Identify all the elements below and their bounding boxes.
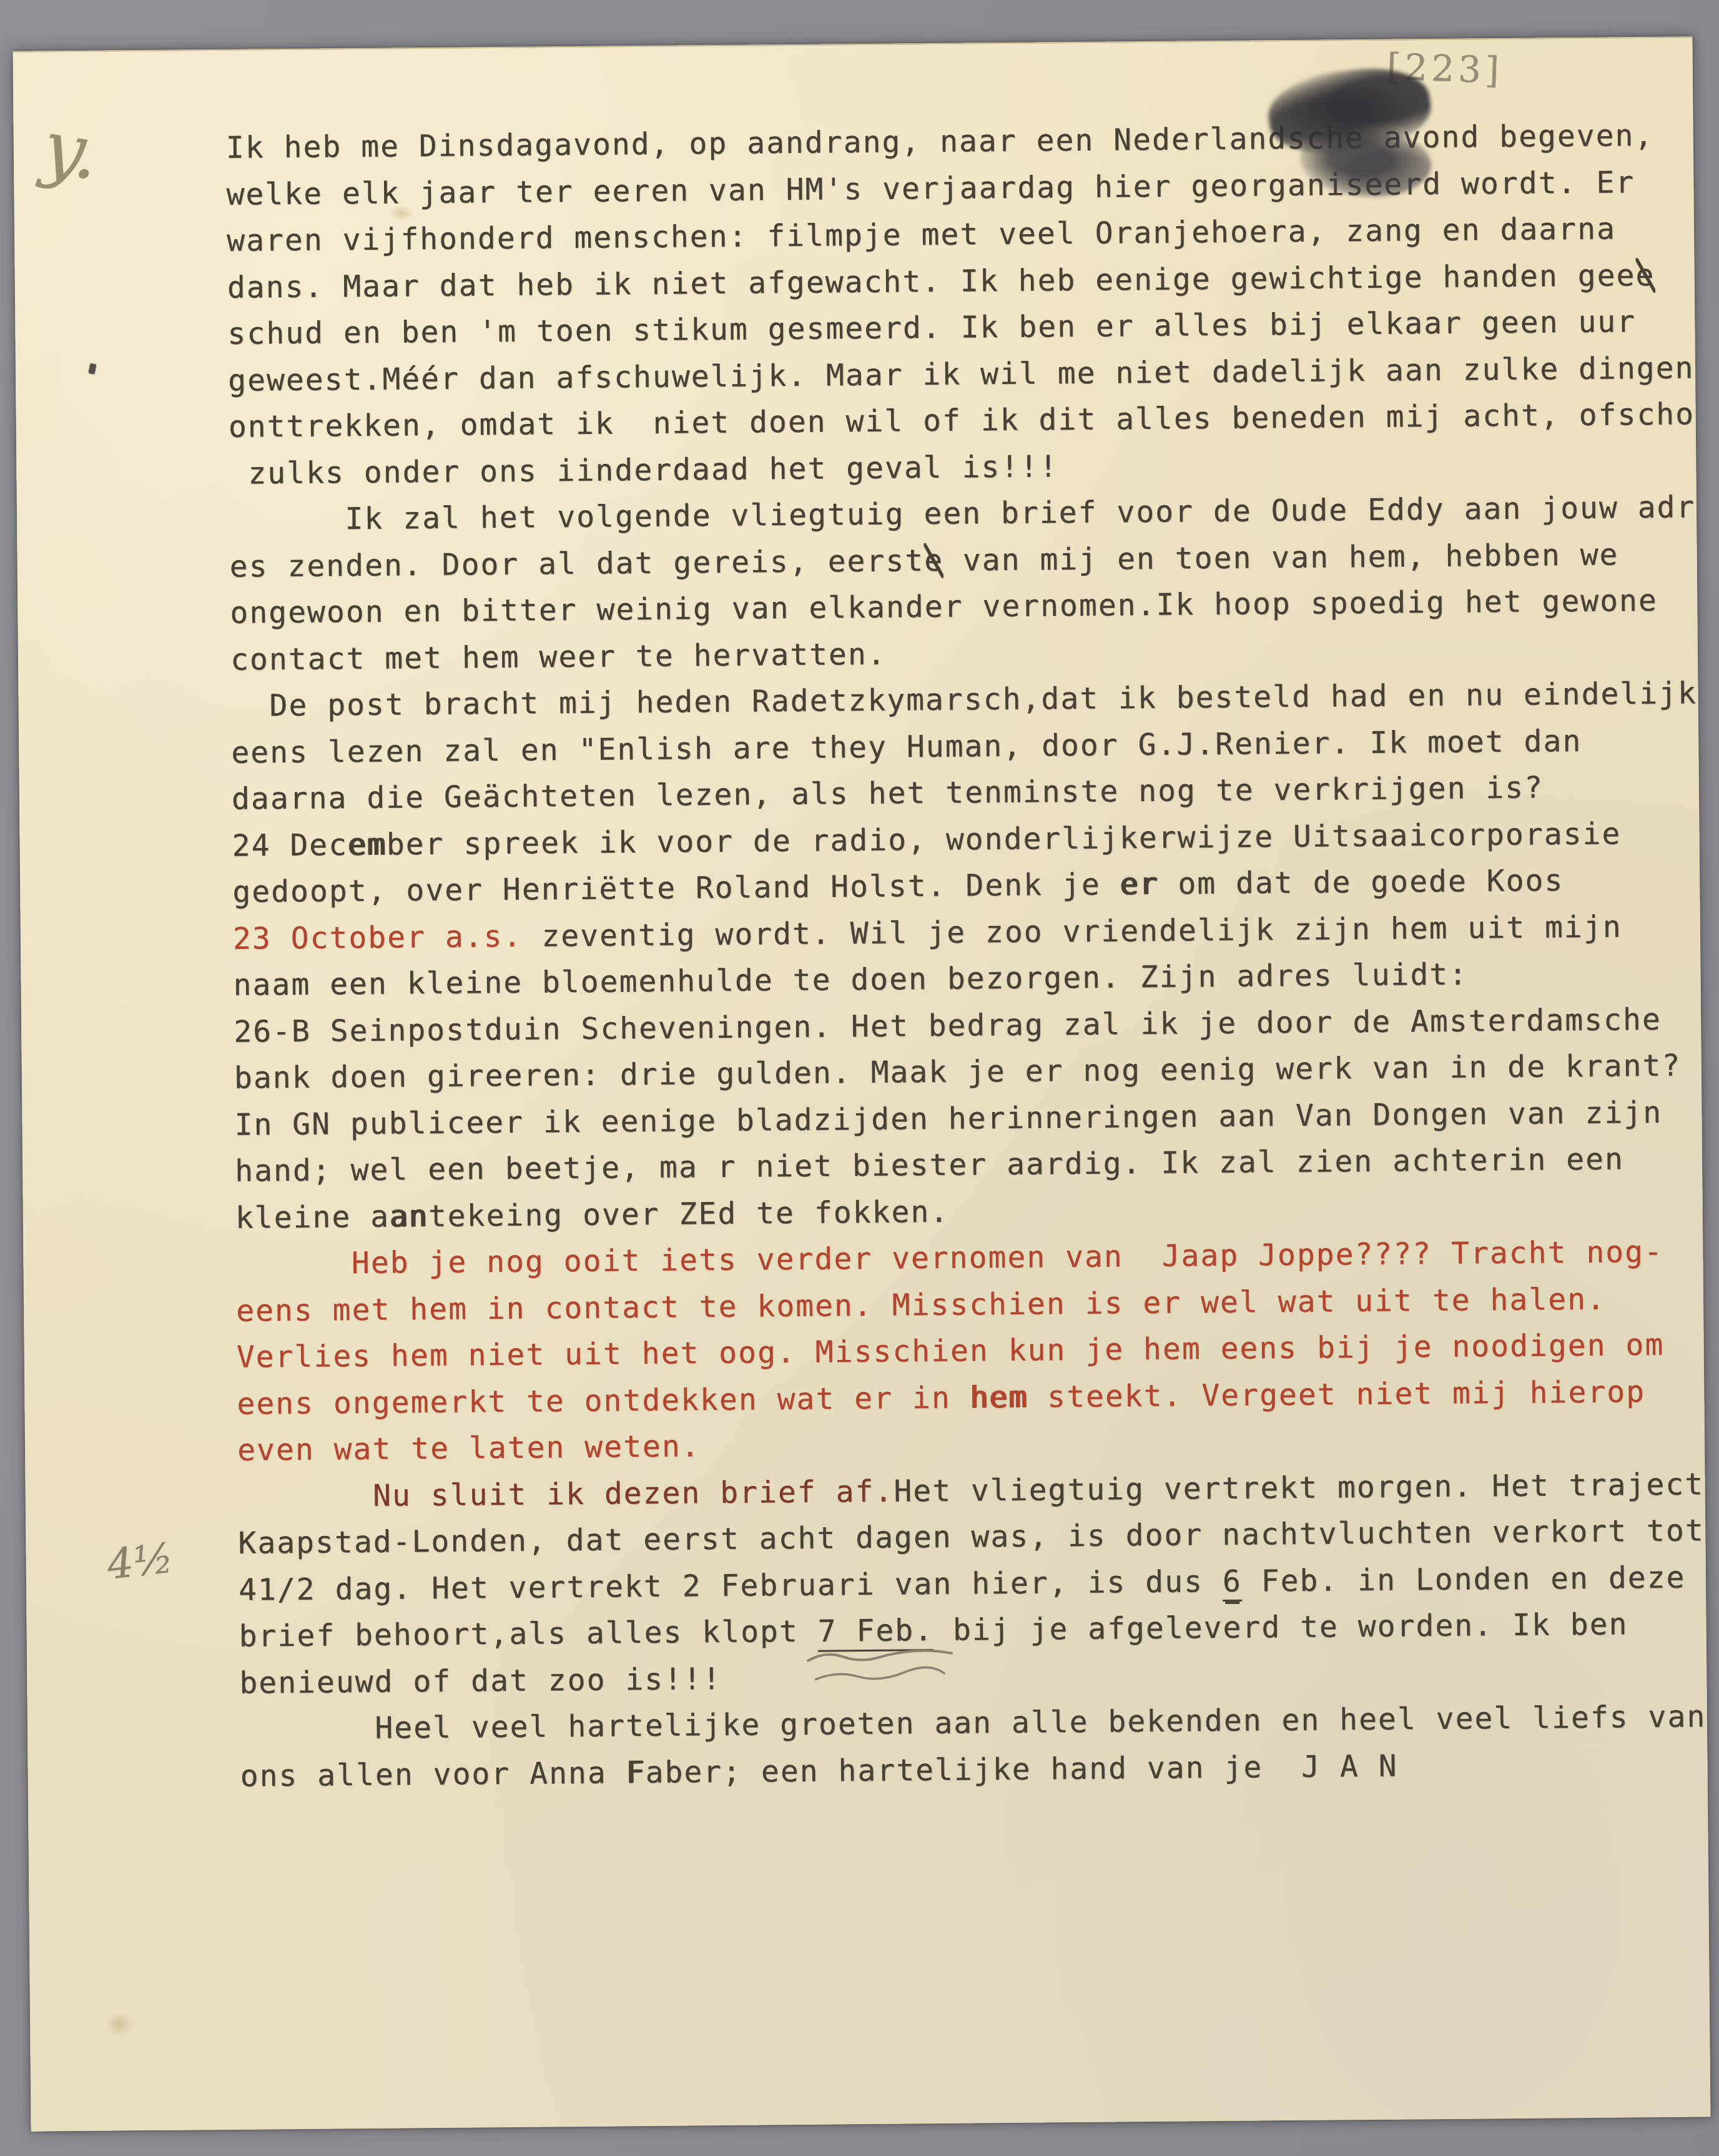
letter-line: 23 October a.s. zeventig wordt. Wil je z… xyxy=(233,912,1622,953)
letter-line: zulks onder ons iinderdaad het geval is!… xyxy=(229,451,1058,489)
letter-line: even wat te laten weten. xyxy=(237,1431,701,1465)
scanned-letter-page: [223] y. 4½ Ik heb me Dinsdagavond, op a… xyxy=(0,0,1719,2156)
ink-speck xyxy=(88,363,96,375)
letter-line: brief behoort,als alles klopt 7 Feb. bij… xyxy=(239,1609,1628,1651)
letter-line: gedoopt, over Henriëtte Roland Holst. De… xyxy=(232,865,1564,907)
letter-line: waren vijfhonderd menschen: filmpje met … xyxy=(227,214,1616,255)
letter-line: es zenden. Door al dat gereis, eerste va… xyxy=(230,539,1619,581)
letter-line: In GN publiceer ik eenige bladzijden her… xyxy=(234,1097,1662,1140)
letter-line: ongewoon en bitter weinig van elkander v… xyxy=(230,586,1658,628)
pencil-squiggle xyxy=(804,1646,961,1697)
letter-line: kleine aantekeing over ZEd te fokken. xyxy=(235,1196,950,1233)
letter-line: contact met hem weer te hervatten. xyxy=(230,639,887,674)
letter-line: 24 December spreek ik voor de radio, won… xyxy=(232,819,1621,860)
letter-line: eens met hem in contact te komen. Missch… xyxy=(236,1284,1606,1326)
letter-line: hand; wel een beetje, ma r niet biester … xyxy=(235,1144,1624,1186)
letter-line: eens ongemerkt te ontdekken wat er in he… xyxy=(237,1377,1645,1419)
letter-line: Heb je nog ooit iets verder vernomen van… xyxy=(235,1237,1663,1279)
letter-line: 26-B Seinpostduin Scheveningen. Het bedr… xyxy=(234,1004,1662,1046)
letter-line: daarna die Geächteten lezen, als het ten… xyxy=(232,772,1544,814)
letter-line: Heel veel hartelijke groeten aan alle be… xyxy=(240,1701,1707,1744)
letter-line: Nu sluit ik dezen brief af.Het vliegtuig… xyxy=(238,1469,1705,1512)
letter-line: Ik heb me Dinsdagavond, op aandrang, naa… xyxy=(226,121,1654,163)
letter-line: Verlies hem niet uit het oog. Misschien … xyxy=(237,1330,1665,1372)
letter-line: 41/2 dag. Het vertrekt 2 Februari van hi… xyxy=(239,1562,1686,1605)
letter-line: eens lezen zal en "Enlish are they Human… xyxy=(231,726,1582,767)
letter-line: De post bracht mij heden Radetzkymarsch,… xyxy=(230,678,1697,721)
letter-line: Kaapstad-Londen, dat eerst acht dagen wa… xyxy=(238,1515,1705,1558)
letter-line: dans. Maar dat heb ik niet afgewacht. Ik… xyxy=(227,260,1655,302)
letter-line: naam een kleine bloemenhulde te doen bez… xyxy=(233,960,1468,1000)
margin-note-four-and-a-half: 4½ xyxy=(105,1533,176,1589)
letter-paper: [223] y. 4½ Ik heb me Dinsdagavond, op a… xyxy=(13,36,1711,2131)
letter-line: onttrekken, omdat ik niet doen wil of ik… xyxy=(229,399,1711,442)
paper-stain xyxy=(105,2012,134,2037)
letter-line: geweest.Méér dan afschuwelijk. Maar ik w… xyxy=(228,353,1695,395)
letter-line: Ik zal het volgende vliegtuig een brief … xyxy=(229,492,1696,534)
letter-line: ons allen voor Anna Faber; een hartelijk… xyxy=(240,1751,1397,1791)
letter-line: benieuwd of dat zoo is!!! xyxy=(239,1663,722,1698)
letter-line: bank doen gireeren: drie gulden. Maak je… xyxy=(234,1051,1682,1093)
letter-line: schud en ben 'm toen stikum gesmeerd. Ik… xyxy=(227,307,1636,349)
margin-tick-mark: y. xyxy=(37,103,105,197)
